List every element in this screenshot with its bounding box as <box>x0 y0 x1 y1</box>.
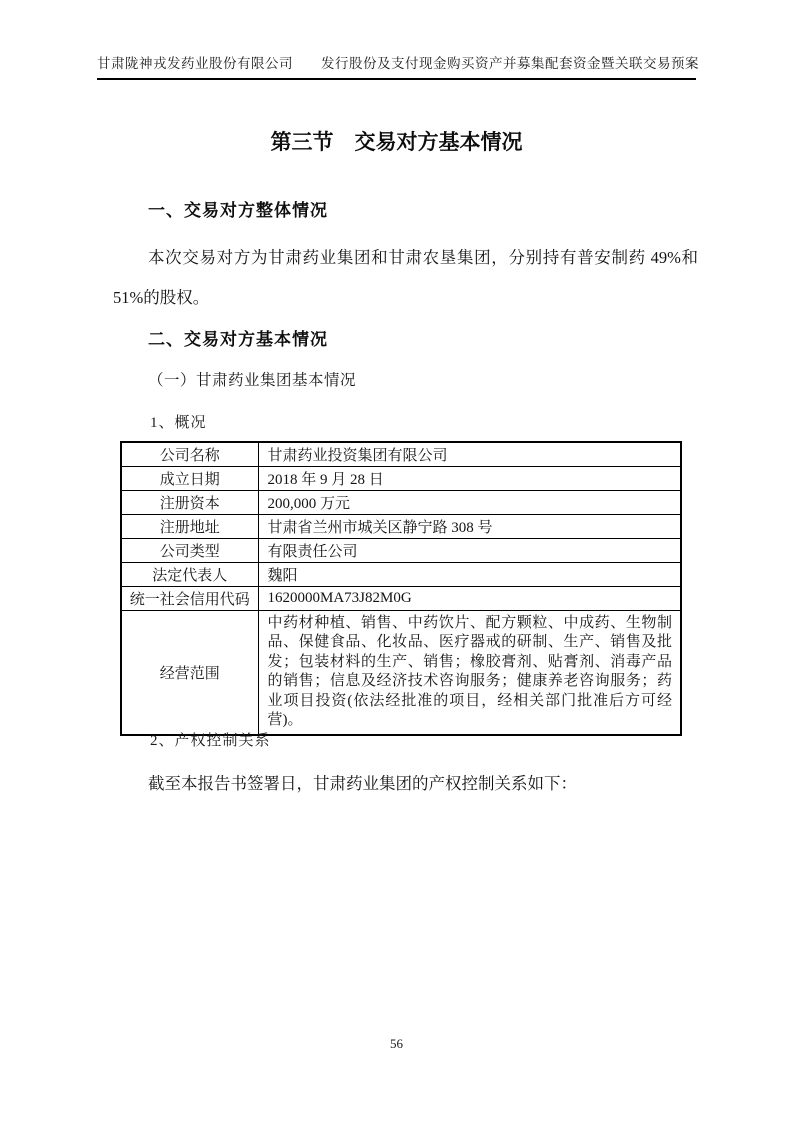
table-row-registered-capital: 注册资本 200,000 万元 <box>121 491 681 515</box>
row-value: 200,000 万元 <box>258 491 681 515</box>
row-label: 公司名称 <box>121 442 258 467</box>
section-heading-overall: 一、交易对方整体情况 <box>148 196 328 221</box>
item-heading-ownership-control: 2、产权控制关系 <box>150 729 271 750</box>
paragraph-overall: 本次交易对方为甘肃药业集团和甘肃农垦集团，分别持有普安制药 49%和51%的股权… <box>113 238 698 318</box>
company-info-table: 公司名称 甘肃药业投资集团有限公司 成立日期 2018 年 9 月 28 日 注… <box>120 441 682 736</box>
table-row-business-scope: 经营范围 中药材种植、销售、中药饮片、配方颗粒、中成药、生物制品、保健食品、化妆… <box>121 611 681 736</box>
page-title: 第三节 交易对方基本情况 <box>0 126 793 156</box>
subsection-heading-gansu-pharma: （一）甘肃药业集团基本情况 <box>148 368 356 390</box>
row-value: 1620000MA73J82M0G <box>258 587 681 611</box>
table-row-registered-address: 注册地址 甘肃省兰州市城关区静宁路 308 号 <box>121 515 681 539</box>
section-heading-basic: 二、交易对方基本情况 <box>148 325 328 350</box>
document-header: 甘肃陇神戎发药业股份有限公司 发行股份及支付现金购买资产并募集配套资金暨关联交易… <box>97 52 696 80</box>
table-row-credit-code: 统一社会信用代码 1620000MA73J82M0G <box>121 587 681 611</box>
row-label: 注册地址 <box>121 515 258 539</box>
row-value: 中药材种植、销售、中药饮片、配方颗粒、中成药、生物制品、保健食品、化妆品、医疗器… <box>258 611 681 736</box>
row-value: 有限责任公司 <box>258 539 681 563</box>
header-title: 甘肃陇神戎发药业股份有限公司 发行股份及支付现金购买资产并募集配套资金暨关联交易… <box>97 56 699 71</box>
document-page: 甘肃陇神戎发药业股份有限公司 发行股份及支付现金购买资产并募集配套资金暨关联交易… <box>0 0 793 1122</box>
row-label: 成立日期 <box>121 467 258 491</box>
table-row-company-name: 公司名称 甘肃药业投资集团有限公司 <box>121 442 681 467</box>
table-row-establish-date: 成立日期 2018 年 9 月 28 日 <box>121 467 681 491</box>
paragraph-ownership-control: 截至本报告书签署日，甘肃药业集团的产权控制关系如下： <box>113 770 698 798</box>
table-row-legal-representative: 法定代表人 魏阳 <box>121 563 681 587</box>
item-heading-overview: 1、概况 <box>150 411 207 432</box>
row-value: 甘肃省兰州市城关区静宁路 308 号 <box>258 515 681 539</box>
row-label: 法定代表人 <box>121 563 258 587</box>
row-value: 魏阳 <box>258 563 681 587</box>
row-value: 甘肃药业投资集团有限公司 <box>258 442 681 467</box>
page-number: 56 <box>0 1036 793 1052</box>
row-label: 经营范围 <box>121 611 258 736</box>
row-label: 公司类型 <box>121 539 258 563</box>
table-row-company-type: 公司类型 有限责任公司 <box>121 539 681 563</box>
row-label: 注册资本 <box>121 491 258 515</box>
row-value: 2018 年 9 月 28 日 <box>258 467 681 491</box>
row-label: 统一社会信用代码 <box>121 587 258 611</box>
